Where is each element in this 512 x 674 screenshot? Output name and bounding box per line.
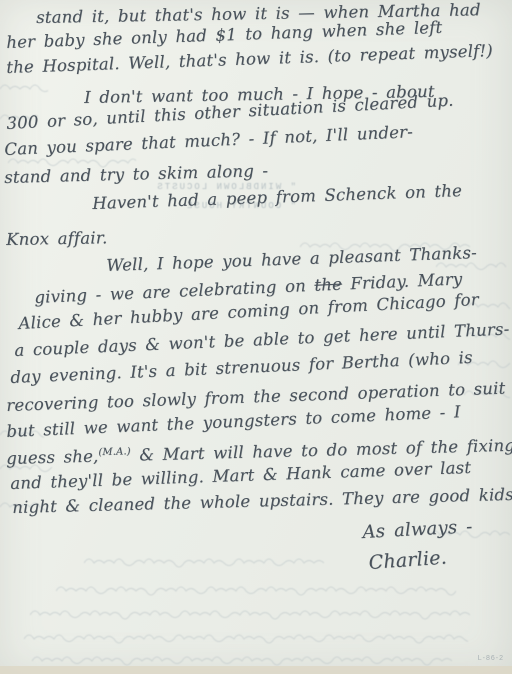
handwriting-line: Haven't had a peep from Schenck on the xyxy=(92,181,462,213)
page-bottom-edge xyxy=(0,666,512,674)
letter-body: stand it, but that's how it is — when Ma… xyxy=(0,0,512,674)
handwriting-line: stand and try to skim along - xyxy=(4,161,268,187)
handwriting-line: Charlie. xyxy=(368,547,448,574)
letter-page: " WINDBLOWN LOCUSTS" COUNTRY HOUSE stand… xyxy=(0,0,512,674)
handwriting-line: As always - xyxy=(362,516,473,543)
handwriting-line: Knox affair. xyxy=(6,228,108,249)
catalog-mark: L-86-2 xyxy=(478,655,504,662)
